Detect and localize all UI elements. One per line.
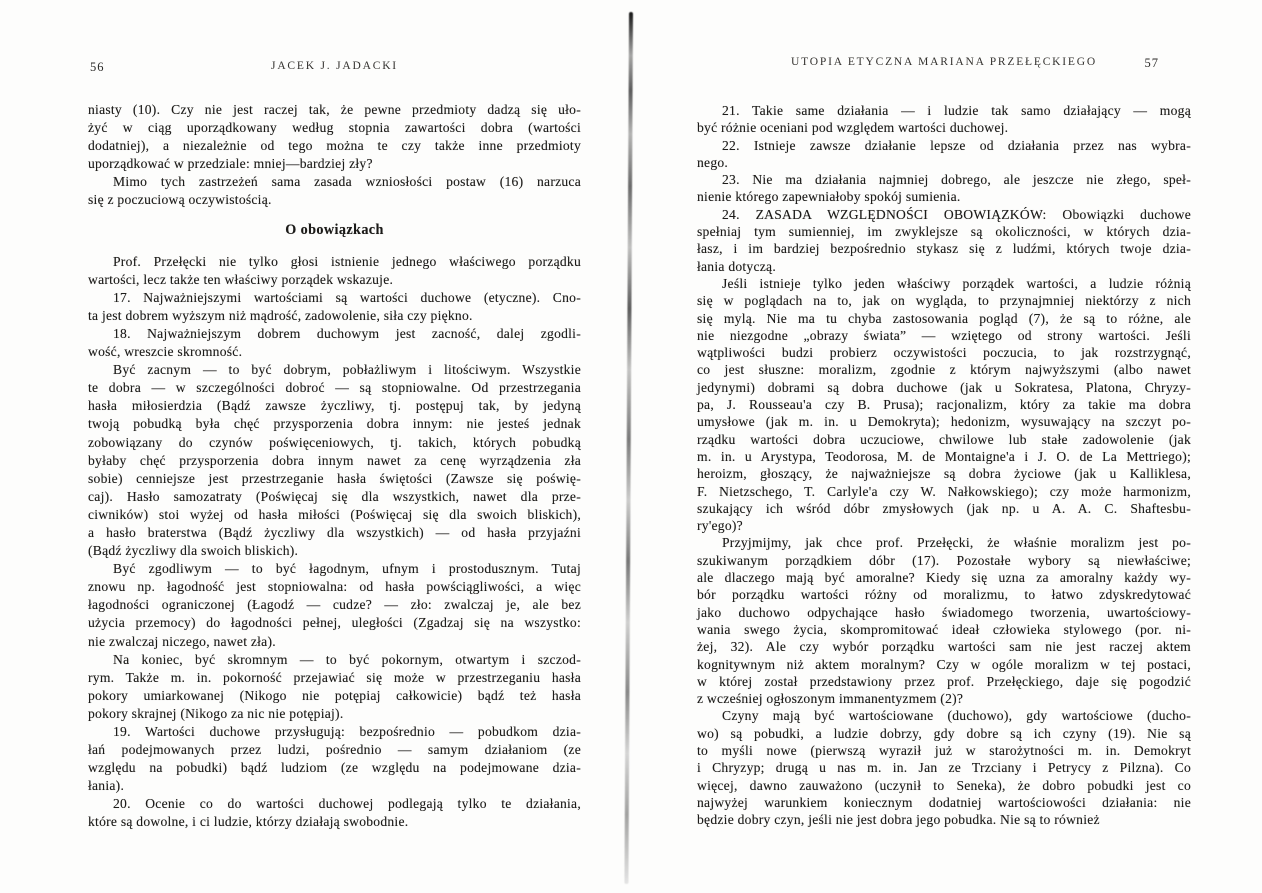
paragraph: Na koniec, być skromnym — to być pokorny… [88,651,581,723]
text-line: sobie) cenniejsze jest przestrzeganie ha… [88,470,581,488]
page-left: 56 JACEK J. JADACKI niasty (10). Czy nie… [88,60,581,832]
text-line: wania swego życia, skompromitować ideał … [697,621,1191,638]
text-line: pokory skrajnej (Nikogo za nic nie potęp… [88,705,581,723]
text-line: się z poczuciową oczywistością. [88,191,581,209]
text-line: użycia przemocy) do łagodności pełnej, u… [88,614,581,632]
text-line: spełniaj tym sumienniej, im zwyklejsze s… [697,223,1191,240]
text-line: Prof. Przełęcki nie tylko głosi istnieni… [88,253,581,271]
text-line: byłaby chęć przysporzenia dobra innym na… [88,452,581,470]
page-number: 57 [1145,56,1160,71]
text-line: a hasło braterstwa (Bądź życzliwy dla ws… [88,524,581,542]
text-line: łania dotyczą. [697,258,1191,275]
text-line: jedynymi) dobrami są dobra duchowe (jak … [697,379,1191,396]
text-line: szukający ich wśród dóbr zmysłowych (jak… [697,500,1191,517]
text-line: ale dlaczego mają być amoralne? Kiedy si… [697,569,1191,586]
text-line: w której został przedstawiony przez prof… [697,673,1191,690]
text-line: rządku wartości dobra uczuciowe, chwilow… [697,431,1191,448]
page-left-header: 56 JACEK J. JADACKI [88,60,581,75]
text-line: wątpliwości budzi probierz oczywistości … [697,344,1191,361]
text-line: umysłowe (jak m. in. u Demokryta); hedon… [697,413,1191,430]
text-line: uporządkować w przedziale: mniej—bardzie… [88,155,581,173]
text-line: jako duchowo odpychające hasło świadomeg… [697,604,1191,621]
page-right-body: 21. Takie same działania — i ludzie tak … [697,102,1191,828]
text-line: 17. Najważniejszymi wartościami są warto… [88,289,581,307]
text-line: ciwników) stoi wyżej od hasła miłości (P… [88,506,581,524]
binding-gutter-shadow [624,12,633,884]
text-line: nie zwalczaj niczego, nawet zła). [88,633,581,651]
text-line: być różnie oceniani pod względem wartośc… [697,119,1191,136]
text-line: co jest słuszne: moralizm, zgodnie z któ… [697,361,1191,378]
text-line: nienie którego zapewniałoby spokój sumie… [697,188,1191,205]
book-scan: 56 JACEK J. JADACKI niasty (10). Czy nie… [0,0,1262,893]
paragraph: Mimo tych zastrzeżeń sama zasada wzniosł… [88,173,581,209]
text-line: 21. Takie same działania — i ludzie tak … [697,102,1191,119]
paragraph: 21. Takie same działania — i ludzie tak … [697,102,1191,137]
running-head: UTOPIA ETYCZNA MARIANA PRZEŁĘCKIEGO [697,56,1191,68]
page-number: 56 [90,60,105,75]
text-line: najwyżej warunkiem koniecznym dodatniej … [697,794,1191,811]
text-line: Być zacnym — to być dobrym, pobłażliwym … [88,361,581,379]
text-line: wartości, lecz także ten właściwy porząd… [88,271,581,289]
text-line: F. Nietzschego, T. Carlyle'a czy W. Nałk… [697,483,1191,500]
paragraph: Być zacnym — to być dobrym, pobłażliwym … [88,361,581,560]
text-line: pokory umiarkowanej (Nikogo nie potępiaj… [88,687,581,705]
text-line: dodatniej), a niezależnie od tego można … [88,137,581,155]
text-line: ta jest dobrem wyższym niż mądrość, zado… [88,307,581,325]
text-line: hasła miłosierdzia (Bądź zawsze życzliwy… [88,397,581,415]
text-line: z wcześniej ogłoszonym immanentyzmem (2)… [697,690,1191,707]
text-line: szukiwanym porządkiem dóbr (17). Pozosta… [697,552,1191,569]
text-line: łania). [88,777,581,795]
paragraph: Przyjmijmy, jak chce prof. Przełęcki, że… [697,534,1191,707]
paragraph: 23. Nie ma działania najmniej dobrego, a… [697,171,1191,206]
text-line: nego. [697,154,1191,171]
paragraph: Prof. Przełęcki nie tylko głosi istnieni… [88,253,581,289]
text-line: pa, J. Rousseau'a czy B. Prusa); racjona… [697,396,1191,413]
text-line: twoją pobudką była chęć przysporzenia do… [88,415,581,433]
text-line: 22. Istnieje zawsze działanie lepsze od … [697,137,1191,154]
text-line: zobowiązany do czynów poświęceniowych, t… [88,434,581,452]
text-line: łań podejmowanych przez ludzi, pośrednio… [88,741,581,759]
text-line: 20. Ocenie co do wartości duchowej podle… [88,795,581,813]
text-line: kognitywnym niż aktem moralnym? Czy w og… [697,656,1191,673]
text-line: Jeśli istnieje tylko jeden właściwy porz… [697,275,1191,292]
page-left-body: niasty (10). Czy nie jest raczej tak, że… [88,101,581,832]
text-line: caj). Hasło samozatraty (Poświęcaj się d… [88,488,581,506]
text-line: żej, 32). Ale czy wybór porządku wartośc… [697,638,1191,655]
text-line: Czyny mają być wartościowane (duchowo), … [697,707,1191,724]
text-line: łasz, i im bardziej bezpośrednio stykasz… [697,240,1191,257]
text-line: się w poglądach na to, jak on wygląda, t… [697,292,1191,309]
text-line: się mylą. Nie ma tu chyba zastosowania p… [697,310,1191,327]
text-line: i Chryzyp; drugą u nas m. in. Jan ze Trz… [697,759,1191,776]
paragraph: Być zgodliwym — to być łagodnym, ufnym i… [88,560,581,650]
text-line: 19. Wartości duchowe przysługują: bezpoś… [88,723,581,741]
page-right-header: 57 UTOPIA ETYCZNA MARIANA PRZEŁĘCKIEGO [697,56,1191,71]
text-line: to myśli nowe (pierwszą wyraził już w st… [697,742,1191,759]
paragraph: 19. Wartości duchowe przysługują: bezpoś… [88,723,581,795]
paragraph: 22. Istnieje zawsze działanie lepsze od … [697,137,1191,172]
text-line: ry'ego)? [697,517,1191,534]
text-line: Być zgodliwym — to być łagodnym, ufnym i… [88,560,581,578]
paragraph: niasty (10). Czy nie jest raczej tak, że… [88,101,581,173]
section-heading: O obowiązkach [88,222,581,239]
paragraph: Jeśli istnieje tylko jeden właściwy porz… [697,275,1191,534]
text-line: więcej, dawno zauważono (uczynił to Sene… [697,777,1191,794]
text-line: łagodności ograniczonej (Łagodź — cudze?… [88,596,581,614]
page-right: 57 UTOPIA ETYCZNA MARIANA PRZEŁĘCKIEGO 2… [697,56,1191,828]
paragraph: 20. Ocenie co do wartości duchowej podle… [88,795,581,831]
text-line: żyć w ciąg uporządkowany według stopnia … [88,119,581,137]
text-line: 18. Najważniejszym dobrem duchowym jest … [88,325,581,343]
paragraph: 18. Najważniejszym dobrem duchowym jest … [88,325,581,361]
text-line: rym. Także m. in. pokorność przejawiać s… [88,669,581,687]
text-line: (Bądź życzliwy dla swoich bliskich). [88,542,581,560]
text-line: znowu np. łagodność jest stopniowalna: o… [88,578,581,596]
text-line: wo) są pobudki, a ludzie dobrzy, gdy dob… [697,725,1191,742]
text-line: będzie dobry czyn, jeśli nie jest dobra … [697,811,1191,828]
text-line: Na koniec, być skromnym — to być pokorny… [88,651,581,669]
text-line: które są dowolne, i ci ludzie, którzy dz… [88,813,581,831]
text-line: heroizm, głoszący, że najważniejsze są d… [697,465,1191,482]
text-line: 23. Nie ma działania najmniej dobrego, a… [697,171,1191,188]
text-line: Mimo tych zastrzeżeń sama zasada wzniosł… [88,173,581,191]
paragraph: 24. ZASADA WZGLĘDNOŚCI OBOWIĄZKÓW: Obowi… [697,206,1191,275]
text-line: 24. ZASADA WZGLĘDNOŚCI OBOWIĄZKÓW: Obowi… [697,206,1191,223]
text-line: Przyjmijmy, jak chce prof. Przełęcki, że… [697,534,1191,551]
paragraph: 17. Najważniejszymi wartościami są warto… [88,289,581,325]
text-line: nie niezgodne „obrazy świata” — wziętego… [697,327,1191,344]
text-line: m. in. u Arystypa, Teodorosa, M. de Mont… [697,448,1191,465]
running-head: JACEK J. JADACKI [88,60,581,72]
text-line: niasty (10). Czy nie jest raczej tak, że… [88,101,581,119]
text-line: względu na pobudki) bądź ludziom (ze wzg… [88,759,581,777]
text-line: wość, wreszcie skromność. [88,343,581,361]
text-line: bór porządku wartości różny od moralizmu… [697,586,1191,603]
paragraph: Czyny mają być wartościowane (duchowo), … [697,707,1191,828]
text-line: te dobra — w szczególności dobroć — są s… [88,379,581,397]
